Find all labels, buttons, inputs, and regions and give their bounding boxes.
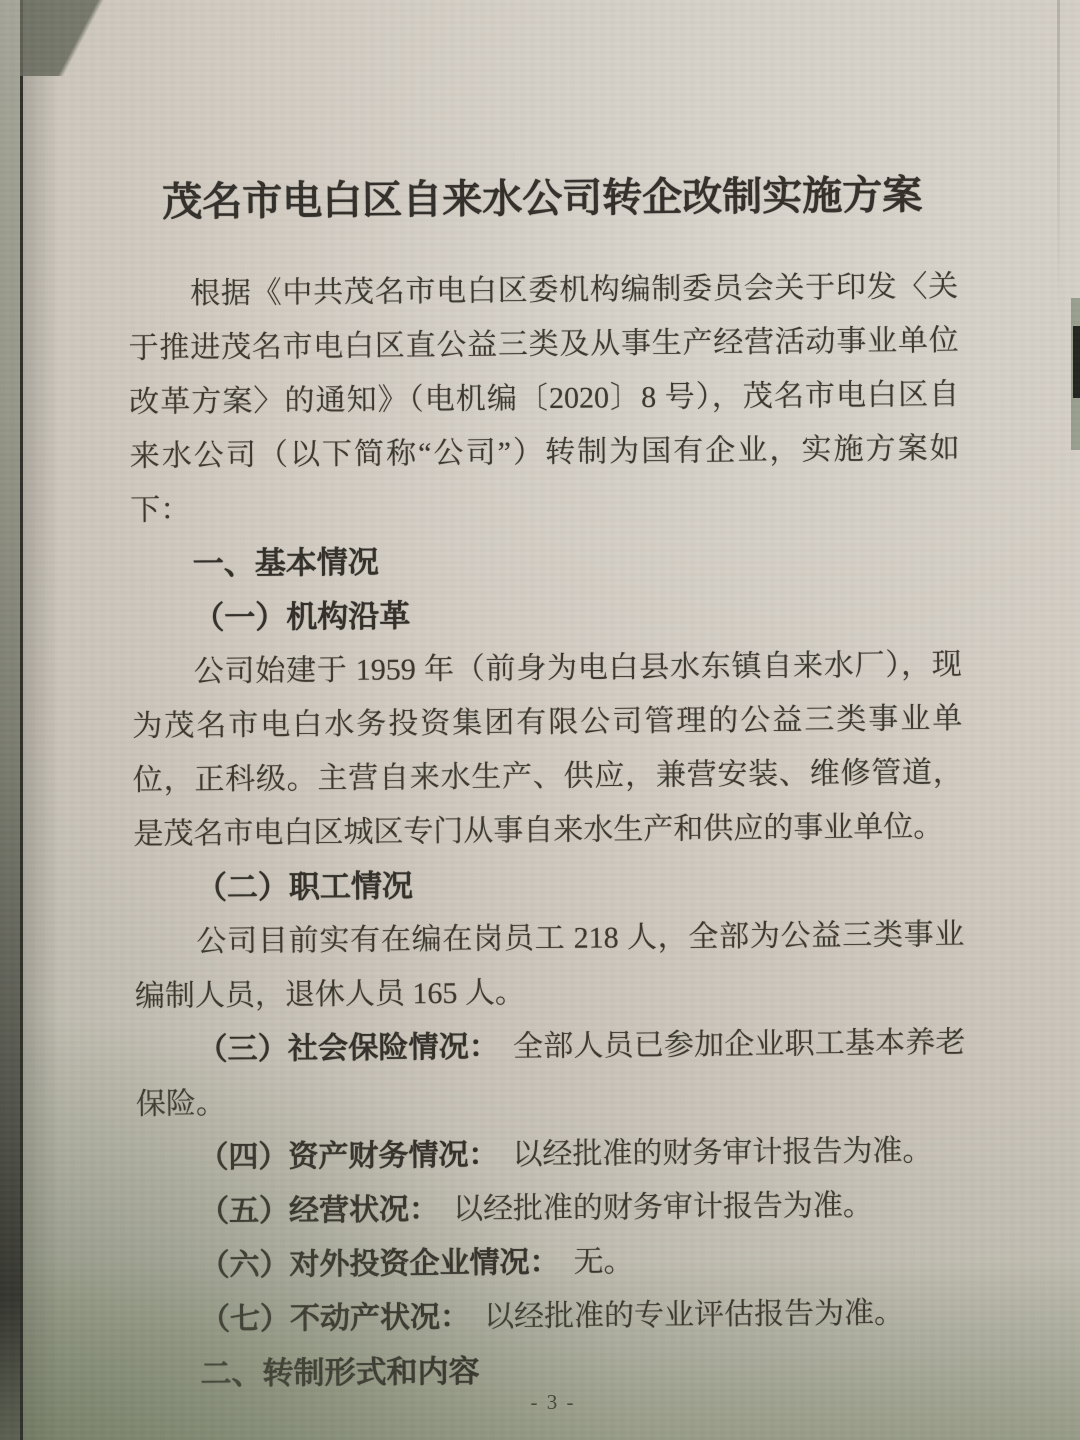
section-1-heading: 一、基本情况 — [131, 530, 961, 592]
section-1-1-body: 公司始建于 1959 年（前身为电白县水东镇自来水厂），现为茂名市电白水务投资集… — [132, 638, 964, 862]
section-1-7-item: （七）不动产状况：以经批准的专业评估报告为准。 — [138, 1286, 968, 1348]
document-page: 茂名市电白区自来水公司转企改制实施方案 根据《中共茂名市电白区委机构编制委员会关… — [20, 0, 1080, 1440]
section-1-4-item: （四）资产财务情况：以经批准的财务审计报告为准。 — [136, 1124, 966, 1186]
section-1-6-label: （六）对外投资企业情况： — [199, 1246, 559, 1282]
section-1-5-body: 以经批准的财务审计报告为准。 — [453, 1189, 873, 1226]
section-1-6-item: （六）对外投资企业情况：无。 — [137, 1232, 967, 1294]
section-1-4-label: （四）资产财务情况： — [198, 1138, 498, 1174]
section-1-1-heading: （一）机构沿革 — [131, 584, 961, 646]
page-corner-shadow — [20, 0, 170, 76]
section-1-3-label: （三）社会保险情况： — [197, 1030, 499, 1066]
section-1-5-label: （五）经营状况： — [199, 1193, 439, 1228]
section-1-2-heading: （二）职工情况 — [134, 854, 964, 916]
section-1-7-label: （七）不动产状况： — [200, 1301, 470, 1337]
intro-paragraph: 根据《中共茂名市电白区委机构编制委员会关于印发〈关于推进茂名市电白区直公益三类及… — [128, 260, 961, 538]
section-1-5-item: （五）经营状况：以经批准的财务审计报告为准。 — [137, 1178, 967, 1240]
document-photo: 茂名市电白区自来水公司转企改制实施方案 根据《中共茂名市电白区委机构编制委员会关… — [0, 0, 1080, 1440]
document-title: 茂名市电白区自来水公司转企改制实施方案 — [127, 166, 958, 232]
section-1-6-body: 无。 — [573, 1245, 633, 1279]
document-body: 茂名市电白区自来水公司转企改制实施方案 根据《中共茂名市电白区委机构编制委员会关… — [127, 166, 969, 1402]
section-1-3-item: （三）社会保险情况：全部人员已参加企业职工基本养老保险。 — [135, 1016, 966, 1132]
paper-crease — [1057, 0, 1060, 324]
section-1-7-body: 以经批准的专业评估报告为准。 — [484, 1297, 904, 1334]
section-1-2-body: 公司目前实有在编在岗员工 218 人，全部为公益三类事业编制人员，退休人员 16… — [134, 908, 965, 1024]
right-edge-dark-object — [1073, 326, 1080, 398]
page-number: - 3 - — [493, 1390, 613, 1415]
section-1-4-body: 以经批准的财务审计报告为准。 — [512, 1134, 932, 1171]
